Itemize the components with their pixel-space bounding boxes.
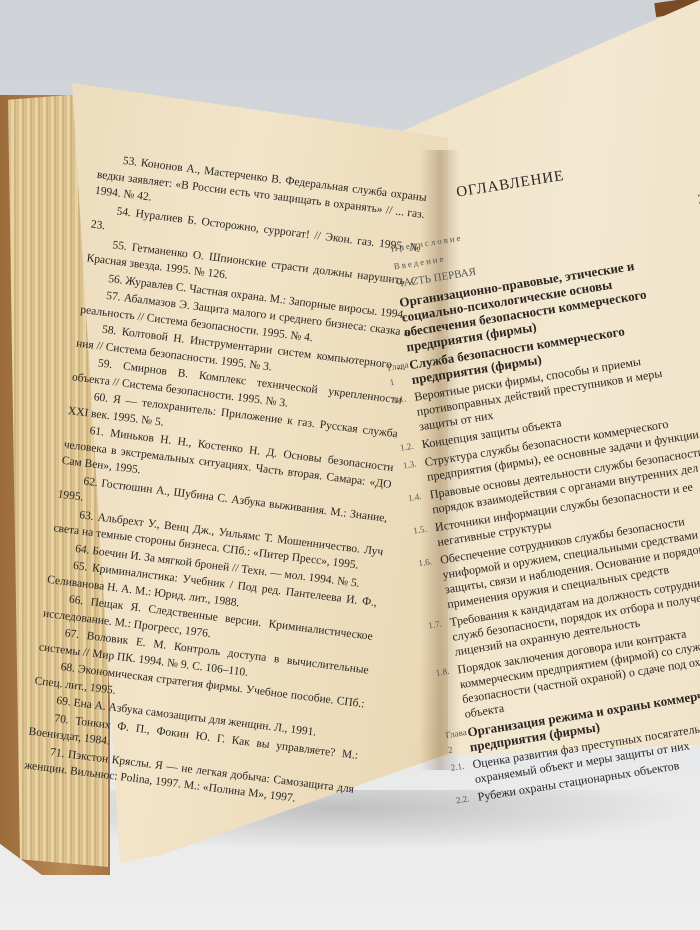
toc-entry-page: 8 [693,308,700,328]
toc-entry-page: 7 [683,245,700,265]
toc-entry-number: 1.1. [392,390,416,408]
book-photo-scene: 53. Кононов А., Мастерченко В. Федеральн… [0,0,700,930]
toc-entry-page: 4 [677,210,700,230]
toc-entry-number [374,277,396,280]
toc-entry-number: 2.2. [455,790,479,808]
toc-entry-number: 1.4. [407,488,431,506]
toc-entry-number: 1.5. [412,520,436,538]
toc-entry-number: 2.1. [450,757,474,775]
toc-entry-number: 1.3. [402,455,426,473]
toc-entry-number: 1.8. [435,663,459,681]
toc-entry-number: 1.2. [399,437,423,455]
toc-entry-number [371,260,393,263]
toc-entry-number: 1.7. [427,615,451,633]
toc-entry-number: 1.6. [417,553,441,571]
toc-entry-number [377,295,399,298]
